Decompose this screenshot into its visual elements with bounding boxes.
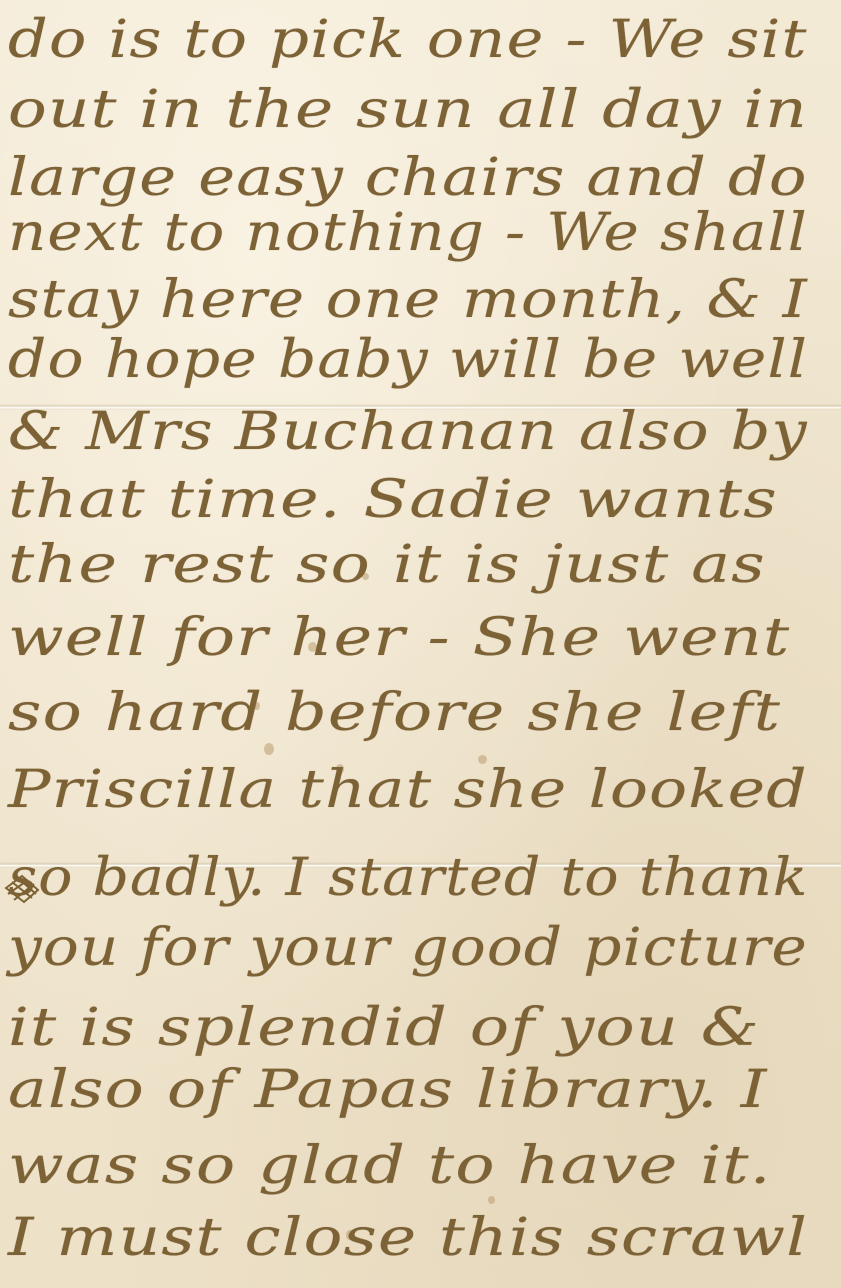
text-line: stay here one month, & I	[8, 270, 808, 330]
text-line: was so glad to have it.	[8, 1136, 772, 1196]
text-line: do is to pick one - We sit	[8, 10, 808, 70]
text-line: so badly. I started to thank	[8, 848, 808, 908]
text-line: do hope baby will be well	[8, 330, 808, 390]
text-line: large easy chairs and do	[8, 148, 808, 208]
text-line: well for her - She went	[8, 608, 790, 668]
handwritten-text: do is to pick one - We sit out in the su…	[0, 0, 841, 1288]
text-line: also of Papas library. I	[8, 1060, 768, 1120]
text-line: it is splendid of you &	[8, 998, 760, 1058]
text-line: Priscilla that she looked	[8, 760, 808, 820]
text-line: you for your good picture	[8, 918, 808, 978]
text-line: & Mrs Buchanan also by	[8, 402, 808, 462]
text-line: I must close this scrawl	[8, 1208, 808, 1268]
text-line: the rest so it is just as	[8, 535, 766, 595]
text-line: that time. Sadie wants	[8, 470, 778, 530]
letter-page: do is to pick one - We sit out in the su…	[0, 0, 841, 1288]
text-line: out in the sun all day in	[8, 80, 808, 140]
text-line: next to nothing - We shall	[8, 203, 808, 263]
text-line: so hard before she left	[8, 683, 781, 743]
